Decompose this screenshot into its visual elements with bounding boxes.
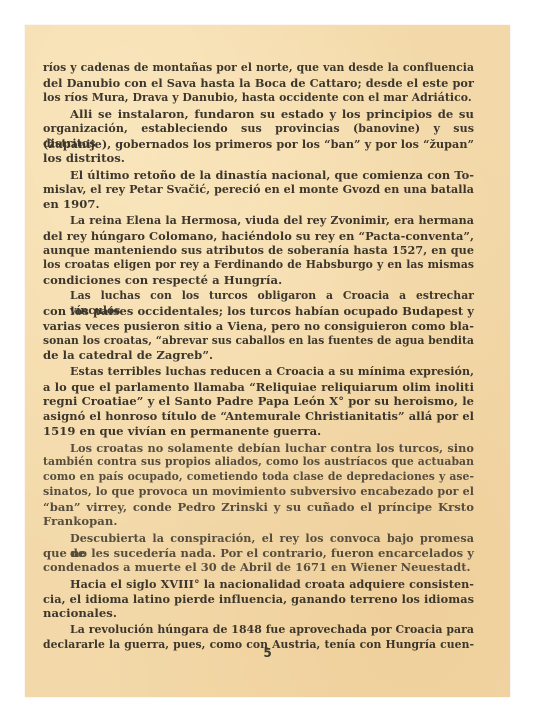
text-line: aunque manteniendo sus atributos de sobe… <box>43 243 474 258</box>
text-line: mislav, el rey Petar Svačić, pereció en … <box>43 183 474 198</box>
book-page: ríos y cadenas de montañas por el norte,… <box>25 25 510 697</box>
text-line: en 1907. <box>43 197 474 212</box>
paragraph-eighteenth-century: Hacia el siglo XVIII° la nacionalidad cr… <box>43 577 474 621</box>
text-line: 1519 en que vivían en permanente guerra. <box>43 424 474 439</box>
text-line: regni Croatiae” y el Santo Padre Papa Le… <box>43 394 474 409</box>
text-line: Alli se instalaron, fundaron su estado y… <box>43 107 474 122</box>
text-line: sonan los croatas, “abrevar sus caballos… <box>43 334 474 349</box>
text-line: los croatas eligen por rey a Ferdinando … <box>43 258 474 273</box>
text-line: también contra sus propios aliados, como… <box>43 455 474 470</box>
text-line: condiciones con respecté a Hungría. <box>43 273 474 288</box>
text-line: La reina Elena la Hermosa, viuda del rey… <box>43 214 474 229</box>
text-line: Estas terribles luchas reducen a Croacia… <box>43 365 474 380</box>
text-line: cia, el idioma latino pierde influencia,… <box>43 592 474 607</box>
text-line: condenados a muerte el 30 de Abril de 16… <box>43 560 474 575</box>
text-line: “ban” virrey, conde Pedro Zrinski y su c… <box>43 500 474 515</box>
text-line: Hacia el siglo XVIII° la nacionalidad cr… <box>43 577 474 592</box>
paragraph-queen-elena: La reina Elena la Hermosa, viuda del rey… <box>43 214 474 288</box>
text-line: Frankopan. <box>43 514 474 529</box>
text-line: ríos y cadenas de montañas por el norte,… <box>43 61 474 76</box>
text-line: del rey húngaro Colomano, haciéndolo su … <box>43 229 474 244</box>
text-line: como en país ocupado, cometiendo toda cl… <box>43 470 474 485</box>
paragraph-settlement: Alli se instalaron, fundaron su estado y… <box>43 107 474 166</box>
text-line: asignó el honroso título de “Antemurale … <box>43 409 474 424</box>
text-line: El último retoño de la dinastía nacional… <box>43 168 474 183</box>
text-line: sinatos, lo que provoca un movimiento su… <box>43 485 474 500</box>
text-line: del Danubio con el Sava hasta la Boca de… <box>43 76 474 91</box>
text-line: La revolución húngara de 1848 fue aprove… <box>43 623 474 638</box>
body-text: ríos y cadenas de montañas por el norte,… <box>43 61 474 652</box>
text-line: con los países occidentales; los turcos … <box>43 304 474 319</box>
text-line: Descubierta la conspiración, el rey los … <box>43 531 474 546</box>
paragraph-dynasty: El último retoño de la dinastía nacional… <box>43 168 474 212</box>
text-line: varias veces pusieron sitio a Viena, per… <box>43 319 474 334</box>
text-line: organización, estableciendo sus provinci… <box>43 122 474 137</box>
text-line: los distritos. <box>43 151 474 166</box>
page-number: 5 <box>25 646 510 660</box>
text-line: Las luchas con los turcos obligaron a Cr… <box>43 289 474 304</box>
text-line: (županije), gobernados los primeros por … <box>43 137 474 152</box>
text-line: nacionales. <box>43 606 474 621</box>
text-line: que no les sucedería nada. Por el contra… <box>43 546 474 561</box>
text-line: los ríos Mura, Drava y Danubio, hasta oc… <box>43 91 474 106</box>
text-line: de la catedral de Zagreb”. <box>43 348 474 363</box>
paragraph-turks: Las luchas con los turcos obligaron a Cr… <box>43 289 474 363</box>
paragraph-borders: ríos y cadenas de montañas por el norte,… <box>43 61 474 105</box>
text-line: a lo que el parlamento llamaba “Reliquia… <box>43 380 474 395</box>
paragraph-conspiracy: Descubierta la conspiración, el rey los … <box>43 531 474 575</box>
text-line: Los croatas no solamente debían luchar c… <box>43 441 474 456</box>
paragraph-antemurale: Estas terribles luchas reducen a Croacia… <box>43 365 474 439</box>
paragraph-allies: Los croatas no solamente debían luchar c… <box>43 441 474 530</box>
